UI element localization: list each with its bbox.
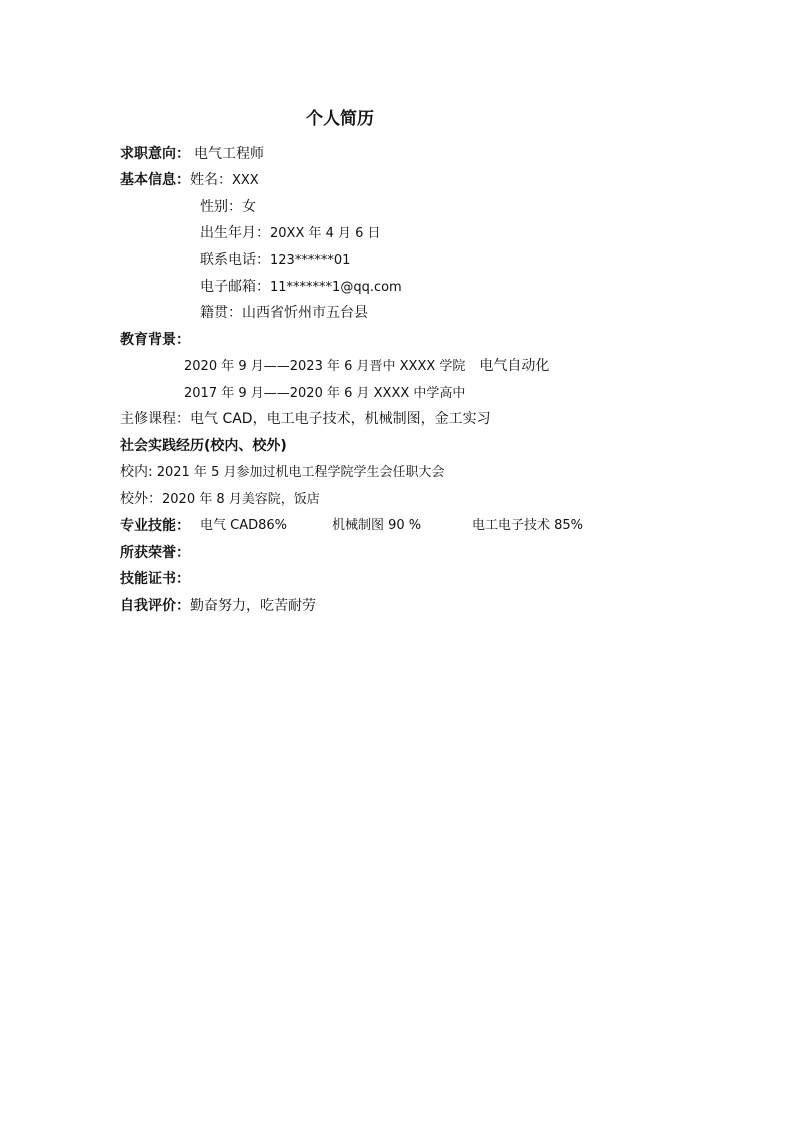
hometown-row: 籍贯：山西省忻州市五台县: [200, 303, 368, 323]
email-value: 11*******1@qq.com: [270, 280, 402, 295]
self-eval-row: 自我评价：勤奋努力，吃苦耐劳: [120, 596, 316, 616]
birth-label: 出生年月：: [200, 225, 270, 241]
courses-label: 主修课程：: [120, 411, 190, 427]
practice-label: 社会实践经历(校内、校外): [120, 438, 287, 454]
phone-value: 123******01: [270, 253, 350, 268]
honors-label: 所获荣誉：: [120, 545, 190, 561]
hometown-label: 籍贯：: [200, 305, 242, 321]
basic-info-row: 基本信息：姓名：XXX: [120, 170, 259, 191]
honors-row: 所获荣誉：: [120, 543, 190, 563]
basic-info-label: 基本信息：: [120, 172, 190, 188]
job-intent-row: 求职意向：电气工程师: [120, 144, 264, 164]
email-label: 电子邮箱：: [200, 279, 270, 295]
on-campus-value: 2021 年 5 月参加过机电工程学院学生会任职大会: [157, 465, 445, 480]
birth-row: 出生年月：20XX 年 4 月 6 日: [200, 223, 381, 244]
education-major: 电气自动化: [479, 358, 549, 374]
gender-label: 性别：: [200, 199, 242, 215]
courses-row: 主修课程：电气 CAD，电工电子技术，机械制图，金工实习: [120, 409, 491, 429]
education-period: 2017 年 9 月——2020 年 6 月 XXXX 中学高中: [184, 386, 465, 401]
skills-row: 专业技能：: [120, 516, 190, 536]
email-row: 电子邮箱：11*******1@qq.com: [200, 277, 402, 298]
gender-row: 性别：女: [200, 197, 256, 217]
hometown-value: 山西省忻州市五台县: [242, 305, 368, 321]
education-period: 2020 年 9 月——2023 年 6 月晋中 XXXX 学院: [184, 359, 465, 374]
self-eval-value: 勤奋努力，吃苦耐劳: [190, 598, 316, 614]
skill-item: 机械制图 90 %: [332, 516, 421, 536]
off-campus-value: 2020 年 8 月美容院，饭店: [162, 492, 320, 507]
page-title: 个人简历: [0, 104, 680, 129]
certificates-row: 技能证书：: [120, 569, 190, 589]
on-campus-label: 校内:: [120, 464, 153, 480]
job-intent-label: 求职意向：: [120, 146, 190, 162]
skill-item: 电气 CAD86%: [200, 516, 287, 536]
name-value: XXX: [232, 173, 259, 188]
off-campus-row: 校外：2020 年 8 月美容院，饭店: [120, 489, 320, 510]
job-intent-value: 电气工程师: [194, 146, 264, 162]
skill-item: 电工电子技术 85%: [472, 516, 583, 536]
certificates-label: 技能证书：: [120, 571, 190, 587]
phone-label: 联系电话：: [200, 252, 270, 268]
phone-row: 联系电话：123******01: [200, 250, 350, 271]
off-campus-label: 校外：: [120, 491, 162, 507]
education-entry: 2020 年 9 月——2023 年 6 月晋中 XXXX 学院电气自动化: [184, 356, 549, 377]
birth-value: 20XX 年 4 月 6 日: [270, 226, 381, 241]
gender-value: 女: [242, 199, 256, 215]
practice-row: 社会实践经历(校内、校外): [120, 436, 287, 456]
education-row: 教育背景：: [120, 330, 190, 350]
on-campus-row: 校内:2021 年 5 月参加过机电工程学院学生会任职大会: [120, 462, 444, 483]
self-eval-label: 自我评价：: [120, 598, 190, 614]
education-label: 教育背景：: [120, 332, 190, 348]
courses-value: 电气 CAD，电工电子技术，机械制图，金工实习: [190, 411, 491, 427]
skills-label: 专业技能：: [120, 518, 190, 534]
name-label: 姓名：: [190, 172, 232, 188]
education-entry: 2017 年 9 月——2020 年 6 月 XXXX 中学高中: [184, 383, 465, 404]
